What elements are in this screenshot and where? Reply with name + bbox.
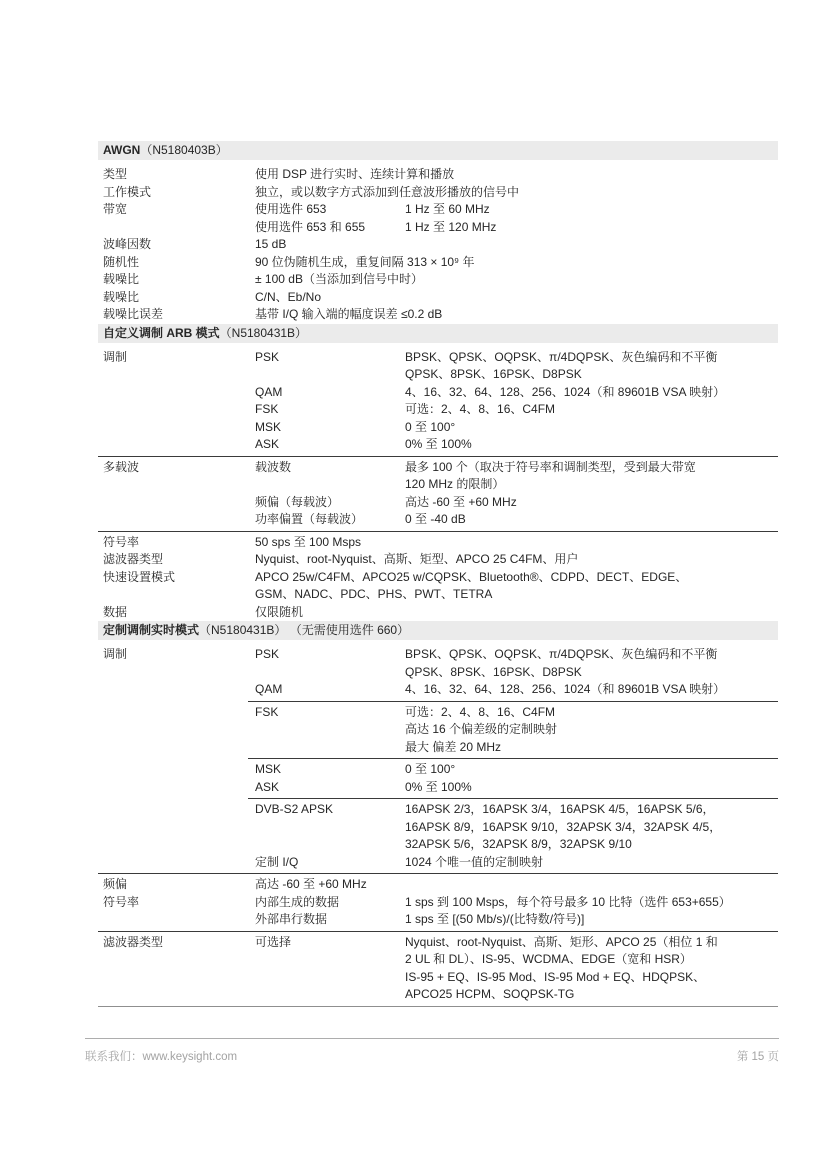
spec-row: 符号率50 sps 至 100 Msps <box>98 534 778 552</box>
section-subtitle: （N5180403B） <box>140 143 227 157</box>
divider-rule <box>98 873 778 874</box>
spec-subcolumn <box>250 836 400 854</box>
spec-value: 0% 至 100% <box>400 779 778 797</box>
spec-row: 高达 16 个偏差级的定制映射 <box>98 721 778 739</box>
section-header-awgn: AWGN（N5180403B） <box>98 141 778 160</box>
spec-row: 定制 I/Q1024 个唯一值的定制映射 <box>98 854 778 872</box>
spec-subcolumn: PSK <box>250 349 400 367</box>
spec-value: 32APSK 5/6，32APSK 8/9，32APSK 9/10 <box>400 836 778 854</box>
spec-subcolumn: 可选择 <box>250 934 400 952</box>
divider-rule <box>248 798 778 799</box>
spec-label: 滤波器类型 <box>98 934 250 952</box>
spec-value: IS-95 + EQ、IS-95 Mod、IS-95 Mod + EQ、HDQP… <box>400 969 778 987</box>
spec-label <box>98 436 250 454</box>
section-header-custom-realtime-mode: 定制调制实时模式（N5180431B） （无需使用选件 660） <box>98 621 778 640</box>
spec-row: 调制PSKBPSK、QPSK、OQPSK、π/4DQPSK、灰色编码和不平衡 <box>98 646 778 664</box>
spec-row: ASK0% 至 100% <box>98 436 778 454</box>
spec-label <box>98 419 250 437</box>
spec-row: 波峰因数15 dB <box>98 236 778 254</box>
spec-label <box>98 401 250 419</box>
spec-label <box>98 664 250 682</box>
spec-label: 波峰因数 <box>98 236 250 254</box>
spec-label <box>98 739 250 757</box>
spec-value: 4、16、32、64、128、256、1024（和 89601B VSA 映射） <box>400 384 778 402</box>
spec-label <box>98 681 250 699</box>
spec-label <box>98 586 250 604</box>
spec-label <box>98 801 250 819</box>
spec-label: 快速设置模式 <box>98 569 250 587</box>
spec-row: APCO25 HCPM、SOQPSK-TG <box>98 986 778 1004</box>
divider-rule <box>98 456 778 457</box>
spec-subcolumn: Nyquist、root-Nyquist、高斯、矩型、APCO 25 C4FM、… <box>250 551 778 569</box>
spec-value: 1 sps 到 100 Msps，每个符号最多 10 比特（选件 653+655… <box>400 894 778 912</box>
spec-subcolumn <box>250 951 400 969</box>
spec-label: 调制 <box>98 349 250 367</box>
spec-row: 使用选件 653 和 6551 Hz 至 120 MHz <box>98 219 778 237</box>
spec-label <box>98 704 250 722</box>
spec-label: 符号率 <box>98 894 250 912</box>
spec-label: 数据 <box>98 604 250 622</box>
spec-label <box>98 494 250 512</box>
spec-subcolumn <box>250 739 400 757</box>
spec-row: 符号率内部生成的数据1 sps 到 100 Msps，每个符号最多 10 比特（… <box>98 894 778 912</box>
spec-label: 调制 <box>98 646 250 664</box>
spec-subcolumn: QAM <box>250 384 400 402</box>
spec-subcolumn <box>250 969 400 987</box>
spec-row: QPSK、8PSK、16PSK、D8PSK <box>98 664 778 682</box>
spec-row: 多载波载波数最多 100 个（取决于符号率和调制类型，受到最大带宽 <box>98 459 778 477</box>
spec-row: DVB-S2 APSK16APSK 2/3，16APSK 3/4，16APSK … <box>98 801 778 819</box>
spec-row: 调制PSKBPSK、QPSK、OQPSK、π/4DQPSK、灰色编码和不平衡 <box>98 349 778 367</box>
divider-rule <box>248 758 778 759</box>
spec-value: 4、16、32、64、128、256、1024（和 89601B VSA 映射） <box>400 681 778 699</box>
divider-rule <box>98 931 778 932</box>
spec-value: 16APSK 8/9，16APSK 9/10，32APSK 3/4，32APSK… <box>400 819 778 837</box>
section-title: 自定义调制 ARB 模式 <box>103 326 220 340</box>
spec-row: 载噪比误差基带 I/Q 输入端的幅度误差 ≤0.2 dB <box>98 306 778 324</box>
spec-row: QPSK、8PSK、16PSK、D8PSK <box>98 366 778 384</box>
spec-label <box>98 969 250 987</box>
spec-value: APCO25 HCPM、SOQPSK-TG <box>400 986 778 1004</box>
spec-value: 可选：2、4、8、16、C4FM <box>400 704 778 722</box>
spec-row: 2 UL 和 DL）、IS-95、WCDMA、EDGE（宽和 HSR） <box>98 951 778 969</box>
spec-row: 功率偏置（每载波）0 至 -40 dB <box>98 511 778 529</box>
spec-subcolumn: 使用选件 653 <box>250 201 400 219</box>
spec-value: 0% 至 100% <box>400 436 778 454</box>
spec-value: BPSK、QPSK、OQPSK、π/4DQPSK、灰色编码和不平衡 <box>400 646 778 664</box>
spec-subcolumn: ASK <box>250 436 400 454</box>
spec-row: 随机性90 位伪随机生成，重复间隔 313 × 10⁹ 年 <box>98 254 778 272</box>
spec-subcolumn: 定制 I/Q <box>250 854 400 872</box>
spec-label: 载噪比 <box>98 271 250 289</box>
spec-subcolumn: 内部生成的数据 <box>250 894 400 912</box>
section-subtitle: （N5180431B） （无需使用选件 660） <box>199 623 409 637</box>
spec-value: 0 至 100° <box>400 419 778 437</box>
spec-row: 32APSK 5/6，32APSK 8/9，32APSK 9/10 <box>98 836 778 854</box>
spec-row: IS-95 + EQ、IS-95 Mod、IS-95 Mod + EQ、HDQP… <box>98 969 778 987</box>
spec-subcolumn: ± 100 dB（当添加到信号中时） <box>250 271 778 289</box>
spec-subcolumn <box>250 819 400 837</box>
spec-row: 带宽使用选件 6531 Hz 至 60 MHz <box>98 201 778 219</box>
spec-subcolumn: PSK <box>250 646 400 664</box>
spec-row: 频偏（每载波）高达 -60 至 +60 MHz <box>98 494 778 512</box>
spec-value: 0 至 -40 dB <box>400 511 778 529</box>
spec-value: 0 至 100° <box>400 761 778 779</box>
spec-row: 外部串行数据1 sps 至 [(50 Mb/s)/(比特数/符号)] <box>98 911 778 929</box>
spec-label <box>98 366 250 384</box>
spec-subcolumn: 独立，或以数字方式添加到任意波形播放的信号中 <box>250 184 778 202</box>
spec-label <box>98 819 250 837</box>
page-footer: 联系我们：www.keysight.com 第 15 页 <box>85 1038 779 1064</box>
spec-subcolumn: GSM、NADC、PDC、PHS、PWT、TETRA <box>250 586 778 604</box>
spec-row: 滤波器类型可选择Nyquist、root-Nyquist、高斯、矩形、APCO … <box>98 934 778 952</box>
spec-subcolumn: 频偏（每载波） <box>250 494 400 512</box>
spec-value: QPSK、8PSK、16PSK、D8PSK <box>400 366 778 384</box>
footer-contact-link[interactable]: 联系我们：www.keysight.com <box>85 1048 237 1064</box>
spec-label: 带宽 <box>98 201 250 219</box>
spec-label <box>98 761 250 779</box>
spec-value: 1 Hz 至 60 MHz <box>400 201 778 219</box>
spec-value: 高达 16 个偏差级的定制映射 <box>400 721 778 739</box>
section-header-custom-arb-mode: 自定义调制 ARB 模式（N5180431B） <box>98 324 778 343</box>
table-bottom-rule <box>98 1006 778 1007</box>
spec-subcolumn <box>250 476 400 494</box>
section-title: 定制调制实时模式 <box>103 623 199 637</box>
spec-row: 120 MHz 的限制） <box>98 476 778 494</box>
spec-row: QAM4、16、32、64、128、256、1024（和 89601B VSA … <box>98 681 778 699</box>
divider-rule <box>248 701 778 702</box>
divider-rule <box>98 531 778 532</box>
spec-subcolumn: FSK <box>250 401 400 419</box>
spec-subcolumn: APCO 25w/C4FM、APCO25 w/CQPSK、Bluetooth®、… <box>250 569 778 587</box>
spec-row: 数据仅限随机 <box>98 604 778 622</box>
spec-row: 16APSK 8/9，16APSK 9/10，32APSK 3/4，32APSK… <box>98 819 778 837</box>
spec-subcolumn: 50 sps 至 100 Msps <box>250 534 778 552</box>
spec-subcolumn: QAM <box>250 681 400 699</box>
spec-value: 1024 个唯一值的定制映射 <box>400 854 778 872</box>
spec-table: AWGN（N5180403B）类型使用 DSP 进行实时、连续计算和播放工作模式… <box>98 141 778 1009</box>
spec-label: 符号率 <box>98 534 250 552</box>
spec-row: 滤波器类型Nyquist、root-Nyquist、高斯、矩型、APCO 25 … <box>98 551 778 569</box>
section-title: AWGN <box>103 143 140 157</box>
spec-subcolumn: 高达 -60 至 +60 MHz <box>250 876 778 894</box>
spec-value: 高达 -60 至 +60 MHz <box>400 494 778 512</box>
spec-label: 随机性 <box>98 254 250 272</box>
spec-subcolumn <box>250 366 400 384</box>
spec-label: 多载波 <box>98 459 250 477</box>
spec-label: 类型 <box>98 166 250 184</box>
spec-subcolumn: FSK <box>250 704 400 722</box>
spec-value: 120 MHz 的限制） <box>400 476 778 494</box>
spec-subcolumn: 外部串行数据 <box>250 911 400 929</box>
page-number: 第 15 页 <box>737 1048 779 1064</box>
spec-label: 工作模式 <box>98 184 250 202</box>
spec-label <box>98 836 250 854</box>
spec-row: MSK0 至 100° <box>98 419 778 437</box>
spec-subcolumn: 仅限随机 <box>250 604 778 622</box>
spec-subcolumn <box>250 721 400 739</box>
spec-label <box>98 854 250 872</box>
datasheet-page: AWGN（N5180403B）类型使用 DSP 进行实时、连续计算和播放工作模式… <box>0 0 827 1170</box>
spec-label: 滤波器类型 <box>98 551 250 569</box>
section-subtitle: （N5180431B） <box>220 326 307 340</box>
spec-subcolumn: 使用 DSP 进行实时、连续计算和播放 <box>250 166 778 184</box>
spec-row: 最大 偏差 20 MHz <box>98 739 778 757</box>
spec-subcolumn: 使用选件 653 和 655 <box>250 219 400 237</box>
spec-row: 类型使用 DSP 进行实时、连续计算和播放 <box>98 166 778 184</box>
spec-subcolumn: 15 dB <box>250 236 778 254</box>
spec-subcolumn: 载波数 <box>250 459 400 477</box>
spec-value: 16APSK 2/3，16APSK 3/4，16APSK 4/5，16APSK … <box>400 801 778 819</box>
spec-row: 快速设置模式APCO 25w/C4FM、APCO25 w/CQPSK、Bluet… <box>98 569 778 587</box>
spec-label: 频偏 <box>98 876 250 894</box>
spec-subcolumn <box>250 986 400 1004</box>
spec-subcolumn: 功率偏置（每载波） <box>250 511 400 529</box>
spec-label <box>98 911 250 929</box>
spec-row: FSK可选：2、4、8、16、C4FM <box>98 401 778 419</box>
spec-label: 载噪比误差 <box>98 306 250 324</box>
spec-row: GSM、NADC、PDC、PHS、PWT、TETRA <box>98 586 778 604</box>
spec-label <box>98 219 250 237</box>
spec-label <box>98 986 250 1004</box>
spec-row: 载噪比C/N、Eb/No <box>98 289 778 307</box>
spec-subcolumn <box>250 664 400 682</box>
spec-label <box>98 779 250 797</box>
spec-subcolumn: ASK <box>250 779 400 797</box>
spec-value: Nyquist、root-Nyquist、高斯、矩形、APCO 25（相位 1 … <box>400 934 778 952</box>
spec-row: 工作模式独立，或以数字方式添加到任意波形播放的信号中 <box>98 184 778 202</box>
spec-row: MSK0 至 100° <box>98 761 778 779</box>
spec-label <box>98 476 250 494</box>
spec-label <box>98 511 250 529</box>
spec-row: FSK可选：2、4、8、16、C4FM <box>98 704 778 722</box>
spec-value: 可选：2、4、8、16、C4FM <box>400 401 778 419</box>
spec-label: 载噪比 <box>98 289 250 307</box>
spec-label <box>98 721 250 739</box>
spec-subcolumn: 基带 I/Q 输入端的幅度误差 ≤0.2 dB <box>250 306 778 324</box>
spec-row: 载噪比± 100 dB（当添加到信号中时） <box>98 271 778 289</box>
spec-subcolumn: 90 位伪随机生成，重复间隔 313 × 10⁹ 年 <box>250 254 778 272</box>
spec-label <box>98 951 250 969</box>
spec-row: QAM4、16、32、64、128、256、1024（和 89601B VSA … <box>98 384 778 402</box>
spec-row: ASK0% 至 100% <box>98 779 778 797</box>
spec-subcolumn: MSK <box>250 761 400 779</box>
spec-value: 1 sps 至 [(50 Mb/s)/(比特数/符号)] <box>400 911 778 929</box>
spec-subcolumn: DVB-S2 APSK <box>250 801 400 819</box>
spec-value: 1 Hz 至 120 MHz <box>400 219 778 237</box>
spec-label <box>98 384 250 402</box>
spec-value: BPSK、QPSK、OQPSK、π/4DQPSK、灰色编码和不平衡 <box>400 349 778 367</box>
spec-value: 2 UL 和 DL）、IS-95、WCDMA、EDGE（宽和 HSR） <box>400 951 778 969</box>
spec-subcolumn: C/N、Eb/No <box>250 289 778 307</box>
spec-value: QPSK、8PSK、16PSK、D8PSK <box>400 664 778 682</box>
spec-value: 最大 偏差 20 MHz <box>400 739 778 757</box>
spec-row: 频偏高达 -60 至 +60 MHz <box>98 876 778 894</box>
spec-value: 最多 100 个（取决于符号率和调制类型，受到最大带宽 <box>400 459 778 477</box>
spec-subcolumn: MSK <box>250 419 400 437</box>
